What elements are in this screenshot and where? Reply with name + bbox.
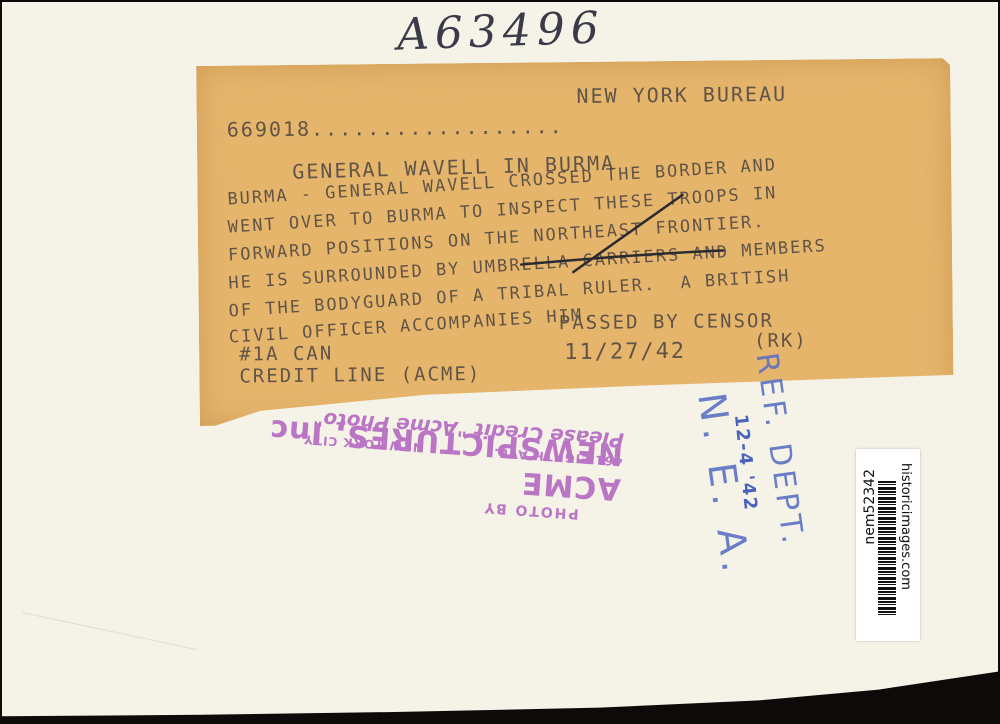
bureau-label: NEW YORK BUREAU xyxy=(576,82,787,108)
item-code: nem52342 xyxy=(862,469,878,545)
acme-newspictures-stamp: PHOTO BY ACME NEWSPICTURES, Inc 461 EIGH… xyxy=(249,399,635,525)
censor-note: PASSED BY CENSOR xyxy=(559,310,774,334)
credit-line: CREDIT LINE (ACME) xyxy=(239,363,481,388)
barcode-icon xyxy=(878,481,896,615)
photo-number: 669018.................. xyxy=(227,114,564,142)
ref-dept-stamp: REF. DEPT. xyxy=(749,351,811,550)
handwritten-archive-id: A63496 xyxy=(396,2,605,60)
photo-back-paper: A63496 NEW YORK BUREAU 669018...........… xyxy=(2,2,998,722)
paper-crease xyxy=(22,612,199,652)
site-name: historicimages.com xyxy=(898,463,913,590)
caption-slip: NEW YORK BUREAU 669018..................… xyxy=(196,58,954,426)
censor-date: 11/27/42 xyxy=(564,339,686,365)
censor-initials: (RK) xyxy=(754,330,808,353)
barcode-label: nem52342 historicimages.com xyxy=(856,449,920,641)
pen-check-mark-icon xyxy=(512,190,743,282)
caption-code: #1A CAN xyxy=(239,343,333,366)
